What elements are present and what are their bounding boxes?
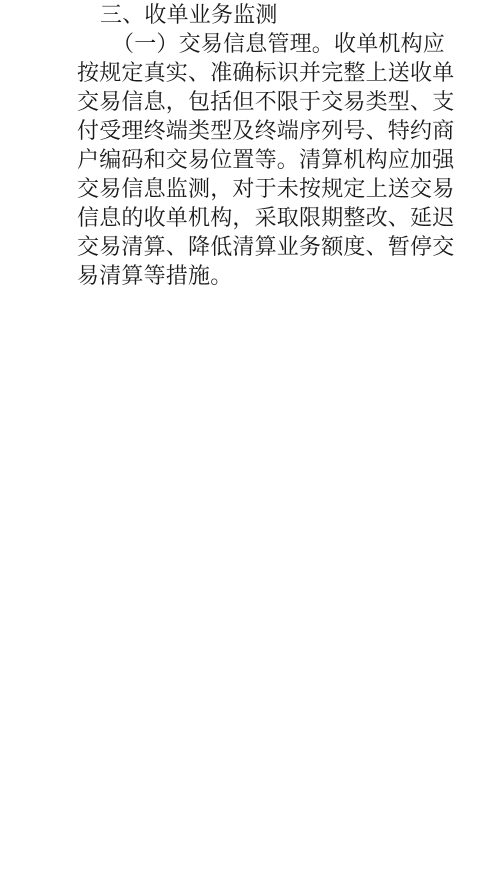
text-line: 交易清算、降低清算业务额度、暂停交	[77, 234, 427, 262]
text-line: 按规定真实、准确标识并完整上送收单	[77, 60, 427, 88]
text-line: 交易信息监测，对于未按规定上送交易	[77, 176, 427, 204]
document-page: 三、收单业务监测 （一）交易信息管理。收单机构应 按规定真实、准确标识并完整上送…	[0, 0, 500, 881]
text-line: 付受理终端类型及终端序列号、特约商	[77, 118, 427, 146]
text-line: 信息的收单机构，采取限期整改、延迟	[77, 205, 427, 233]
text-line: （一）交易信息管理。收单机构应	[112, 31, 462, 59]
text-line: 户编码和交易位置等。清算机构应加强	[77, 147, 427, 175]
text-line: 交易信息，包括但不限于交易类型、支	[77, 89, 427, 117]
section-title: 三、收单业务监测	[100, 2, 450, 30]
text-line: 易清算等措施。	[77, 263, 427, 291]
